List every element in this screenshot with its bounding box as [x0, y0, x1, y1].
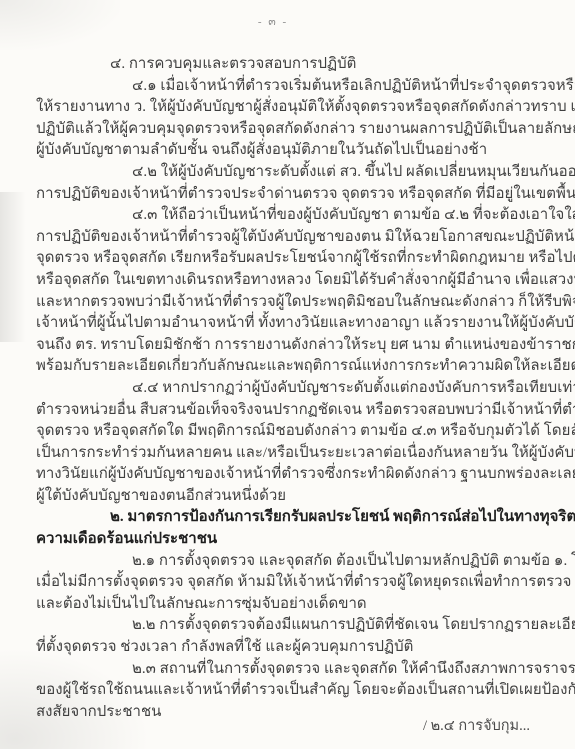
text-line: ปฏิบัติแล้วให้ผู้ควบคุมจุดตรวจหรือจุดสกั… — [36, 119, 555, 141]
text-line: ๔.๓ ให้ถือว่าเป็นหน้าที่ของผู้บังคับบัญช… — [132, 205, 555, 227]
text-line: การปฏิบัติของเจ้าหน้าที่ตำรวจผู้ใต้บังคั… — [36, 227, 555, 249]
text-line: ทางวินัยแก่ผู้บังคับบัญชาของเจ้าหน้าที่ต… — [36, 464, 555, 486]
text-line: พร้อมกับรายละเอียดเกี่ยวกับลักษณะและพฤติ… — [36, 356, 555, 378]
text-line: เจ้าหน้าที่ผู้นั้นไปตามอำนาจหน้าที่ ทั้ง… — [36, 313, 555, 335]
text-line: ให้รายงานทาง ว. ให้ผู้บังคับบัญชาผู้สั่ง… — [36, 97, 555, 119]
document-page: - ๓ - ๔. การควบคุมและตรวจสอบการปฏิบัติ๔.… — [0, 0, 575, 749]
text-line: การปฏิบัติของเจ้าหน้าที่ตำรวจประจำด่านตร… — [36, 184, 555, 206]
document-body: ๔. การควบคุมและตรวจสอบการปฏิบัติ๔.๑ เมื่… — [36, 54, 555, 723]
text-line: ๒.๒ การตั้งจุดตรวจต้องมีแผนการปฏิบัติที่… — [132, 615, 555, 637]
text-line: ๔.๑ เมื่อเจ้าหน้าที่ตำรวจเริ่มต้นหรือเลิ… — [132, 76, 555, 98]
text-line: ๔.๔ หากปรากฏว่าผู้บังคับบัญชาระดับตั้งแต… — [132, 378, 555, 400]
text-line: ๒. มาตรการป้องกันการเรียกรับผลประโยชน์ พ… — [110, 507, 555, 529]
text-line: ผู้ใต้บังคับบัญชาของตนอีกส่วนหนึ่งด้วย — [36, 486, 555, 508]
text-line: และต้องไม่เป็นไปในลักษณะการซุ่มจับอย่างเ… — [36, 594, 555, 616]
continuation-note: / ๒.๔ การจับกุม... — [423, 714, 530, 737]
text-line: ตำรวจหน่วยอื่น สืบสวนข้อเท็จจริงจนปรากฏช… — [36, 400, 555, 422]
text-line: ที่ตั้งจุดตรวจ ช่วงเวลา กำลังพลที่ใช้ แล… — [36, 637, 555, 659]
text-line: ๔. การควบคุมและตรวจสอบการปฏิบัติ — [110, 54, 555, 76]
text-line: หรือจุดสกัด ในเขตทางเดินรถหรือทางหลวง โด… — [36, 270, 555, 292]
text-line: ๒.๑ การตั้งจุดตรวจ และจุดสกัด ต้องเป็นไป… — [132, 551, 555, 573]
scan-artifact-left — [0, 192, 26, 342]
text-line: เมื่อไม่มีการตั้งจุดตรวจ จุดสกัด ห้ามมิใ… — [36, 572, 555, 594]
text-line: เป็นการกระทำร่วมกันหลายคน และ/หรือเป็นระ… — [36, 443, 555, 465]
text-line: และหากตรวจพบว่ามีเจ้าหน้าที่ตำรวจผู้ใดปร… — [36, 292, 555, 314]
text-line: ความเดือดร้อนแก่ประชาชน — [36, 529, 555, 551]
text-line: ผู้บังคับบัญชาตามลำดับชั้น จนถึงผู้สั่งอ… — [36, 140, 555, 162]
text-line: จนถึง ตร. ทราบโดยมิชักช้า การรายงานดังกล… — [36, 335, 555, 357]
text-line: จุดตรวจ หรือจุดสกัด เรียกหรือรับผลประโยช… — [36, 248, 555, 270]
text-line: ของผู้ใช้รถใช้ถนนและเจ้าหน้าที่ตำรวจเป็น… — [36, 680, 555, 702]
page-number: - ๓ - — [0, 12, 546, 30]
text-line: ๒.๓ สถานที่ในการตั้งจุดตรวจ และจุดสกัด ใ… — [132, 659, 555, 681]
text-line: ๔.๒ ให้ผู้บังคับบัญชาระดับตั้งแต่ สว. ขึ… — [132, 162, 555, 184]
text-line: จุดตรวจ หรือจุดสกัดใด มีพฤติการณ์มิชอบดั… — [36, 421, 555, 443]
